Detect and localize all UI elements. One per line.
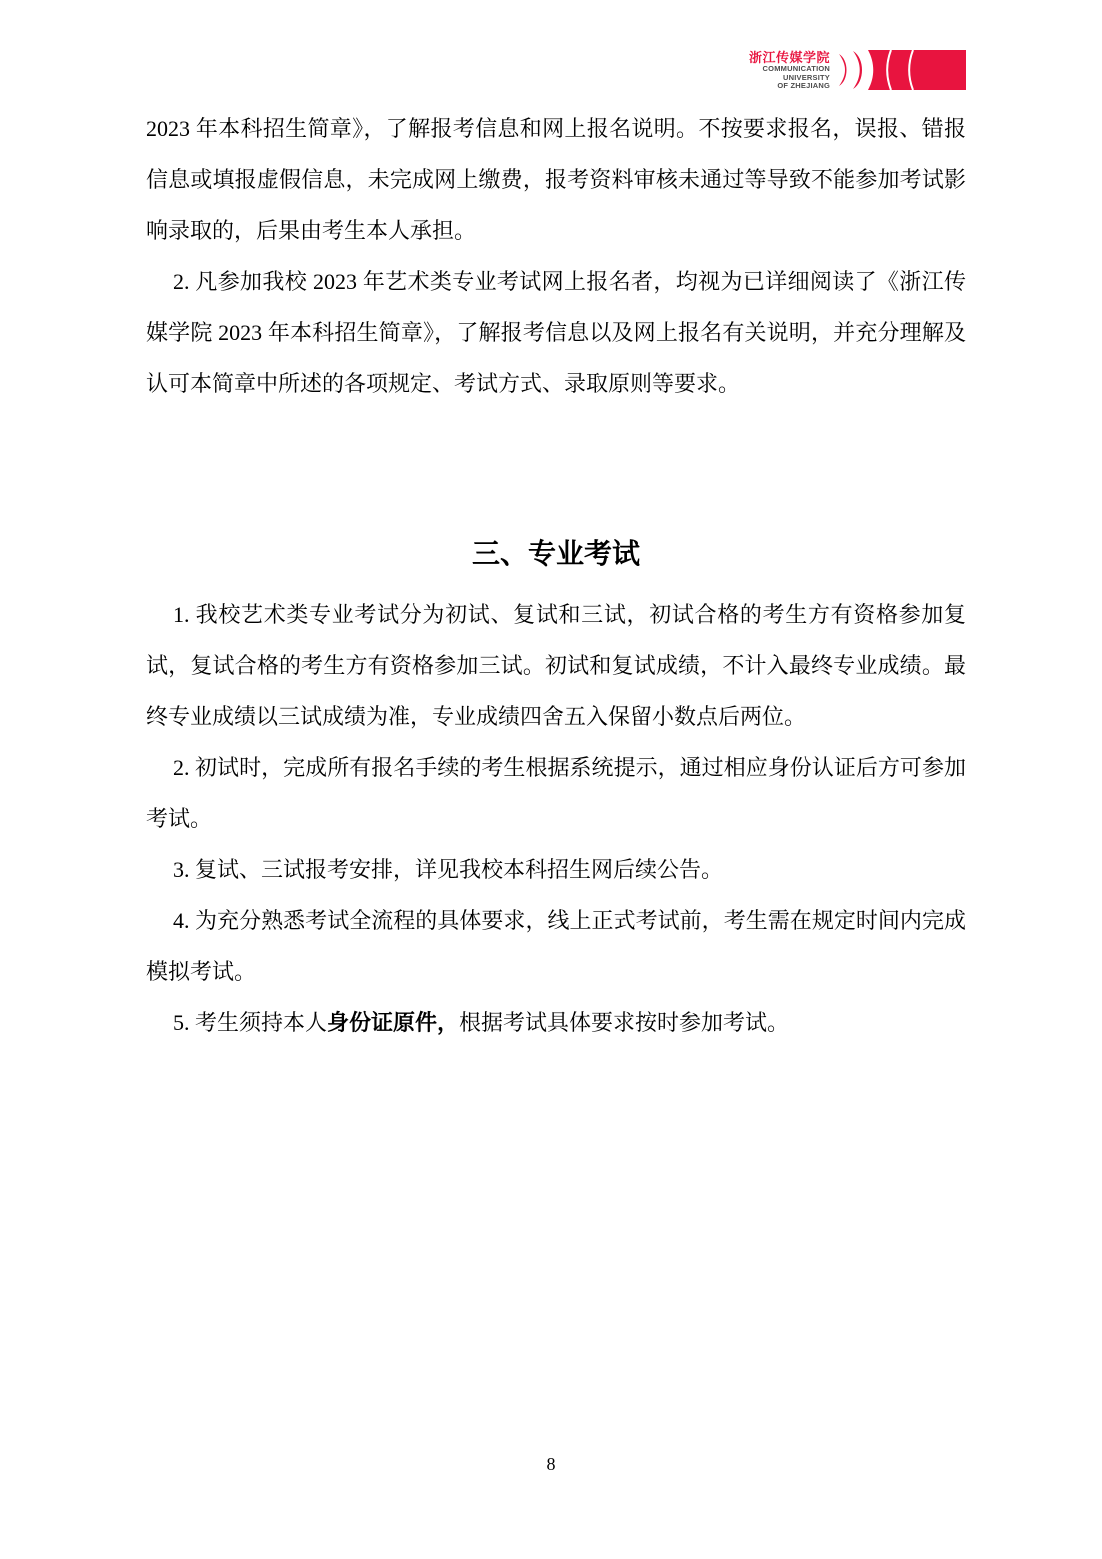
logo-english-name: COMMUNICATION UNIVERSITY OF ZHEJIANG — [748, 65, 830, 91]
item-5-prefix: 5. 考生须持本人 — [173, 1010, 327, 1035]
logo-text-block: 浙江传媒学院 COMMUNICATION UNIVERSITY OF ZHEJI… — [748, 50, 830, 91]
list-item-2: 2. 初试时，完成所有报名手续的考生根据系统提示，通过相应身份认证后方可参加考试… — [146, 742, 966, 844]
document-body: 2023 年本科招生简章》，了解报考信息和网上报名说明。不按要求报名，误报、错报… — [146, 103, 966, 1048]
list-item-3: 3. 复试、三试报考安排，详见我校本科招生网后续公告。 — [146, 844, 966, 895]
item-5-bold-emphasis: 身份证原件， — [327, 1010, 459, 1035]
paragraph-continuation: 2023 年本科招生简章》，了解报考信息和网上报名说明。不按要求报名，误报、错报… — [146, 103, 966, 256]
list-item-4: 4. 为充分熟悉考试全流程的具体要求，线上正式考试前，考生需在规定时间内完成模拟… — [146, 895, 966, 997]
list-item-5: 5. 考生须持本人身份证原件，根据考试具体要求按时参加考试。 — [146, 997, 966, 1048]
university-logo: 浙江传媒学院 COMMUNICATION UNIVERSITY OF ZHEJI… — [748, 50, 968, 91]
document-page: 浙江传媒学院 COMMUNICATION UNIVERSITY OF ZHEJI… — [0, 0, 1102, 1559]
item-5-suffix: 根据考试具体要求按时参加考试。 — [459, 1010, 789, 1035]
page-number: 8 — [0, 1450, 1102, 1478]
logo-english-line-3: OF ZHEJIANG — [748, 82, 830, 91]
logo-wave-mark-icon — [838, 50, 968, 90]
section-heading: 三、专业考试 — [146, 533, 966, 575]
list-item-1: 1. 我校艺术类专业考试分为初试、复试和三试，初试合格的考生方有资格参加复试，复… — [146, 589, 966, 742]
paragraph-2: 2. 凡参加我校 2023 年艺术类专业考试网上报名者，均视为已详细阅读了《浙江… — [146, 256, 966, 409]
logo-chinese-name: 浙江传媒学院 — [748, 50, 830, 65]
